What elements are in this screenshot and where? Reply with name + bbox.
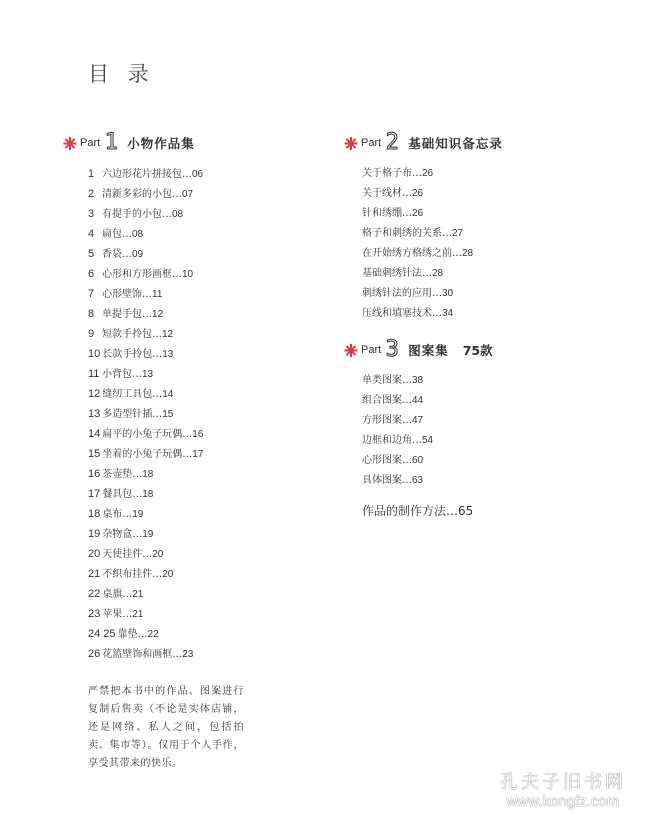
separator: … [402, 395, 412, 406]
toc-entry[interactable]: 6心形和方形画框…10 [88, 264, 203, 284]
entry-page: 15 [162, 409, 173, 420]
separator: … [142, 549, 152, 560]
entry-page: 21 [132, 609, 143, 620]
entry-title: 茶壶垫 [102, 469, 132, 480]
entry-title: 花篮壁饰和画框 [102, 649, 172, 660]
toc-entry[interactable]: 组合图案…44 [362, 391, 433, 411]
cross-stitch-icon [345, 138, 356, 149]
toc-entry[interactable]: 11小背包…13 [88, 364, 203, 384]
entry-title: 单提手包 [102, 309, 142, 320]
entry-title: 不织布挂件 [102, 569, 152, 580]
part-number: 1 [103, 132, 118, 154]
separator: … [122, 609, 132, 620]
entry-page: 30 [442, 288, 453, 299]
toc-entry[interactable]: 26花篮壁饰和画框…23 [88, 644, 203, 664]
toc-entry[interactable]: 23苹果…21 [88, 604, 203, 624]
entry-page: 20 [162, 569, 173, 580]
cross-stitch-icon [64, 138, 75, 149]
separator: … [122, 249, 132, 260]
entry-page: 21 [132, 589, 143, 600]
toc-entry[interactable]: 18桌布…19 [88, 504, 203, 524]
entry-title: 短款手拎包 [102, 329, 152, 340]
part-title: 小物作品集 [127, 134, 195, 152]
separator: … [122, 509, 132, 520]
separator: … [402, 188, 412, 199]
toc-entry[interactable]: 13多造型针插…15 [88, 404, 203, 424]
toc-entry[interactable]: 21不织布挂件…20 [88, 564, 203, 584]
entry-number: 21 [88, 564, 100, 584]
entry-number: 5 [88, 244, 100, 264]
part-1-list: 1六边形花片拼接包…062清新多彩的小包…073有提手的小包…084扁包…085… [88, 164, 203, 664]
separator: … [422, 268, 432, 279]
part-3-list: 单类图案…38组合图案…44方形图案…47边框和边角…54心形图案…60具体图案… [362, 371, 433, 491]
entry-number: 18 [88, 504, 100, 524]
entry-title: 六边形花片拼接包 [102, 169, 182, 180]
entry-page: 07 [182, 189, 193, 200]
entry-title: 组合图案 [362, 395, 402, 406]
toc-entry[interactable]: 边框和边角…54 [362, 431, 433, 451]
entry-page: 10 [182, 269, 193, 280]
entry-title: 苹果 [102, 609, 122, 620]
separator: … [132, 469, 142, 480]
separator: … [412, 168, 422, 179]
part-number: 2 [384, 132, 399, 154]
entry-title: 桌旗 [102, 589, 122, 600]
entry-title: 压线和填塞技术 [362, 308, 432, 319]
entry-title: 杂物盒 [102, 529, 132, 540]
separator: … [152, 569, 162, 580]
separator: … [132, 489, 142, 500]
toc-entry[interactable]: 3有提手的小包…08 [88, 204, 203, 224]
entry-title: 长款手拎包 [102, 349, 152, 360]
separator: … [182, 429, 192, 440]
entry-page: 17 [192, 449, 203, 460]
toc-entry[interactable]: 17餐具包…18 [88, 484, 203, 504]
separator: … [182, 169, 192, 180]
watermark-name: 孔夫子旧书网 [500, 768, 626, 794]
entry-title: 扁平的小兔子玩偶 [102, 429, 182, 440]
separator: … [122, 589, 132, 600]
separator: … [402, 208, 412, 219]
entry-number: 12 [88, 384, 100, 404]
entry-number: 3 [88, 204, 100, 224]
entry-number: 20 [88, 544, 100, 564]
toc-entry[interactable]: 针和绣绷…26 [362, 204, 473, 224]
entry-title: 心形图案 [362, 455, 402, 466]
separator: … [152, 349, 162, 360]
part-title: 基础知识备忘录 [408, 134, 503, 152]
entry-title: 针和绣绷 [362, 208, 402, 219]
entry-title: 缝纫工具包 [102, 389, 152, 400]
separator: … [402, 455, 412, 466]
entry-page: 28 [462, 248, 473, 259]
toc-entry[interactable]: 关于线材…26 [362, 184, 473, 204]
entry-title: 靠垫 [118, 629, 138, 640]
part-3-header: Part 3 图案集 75款 [345, 338, 493, 362]
toc-entry[interactable]: 5香袋…09 [88, 244, 203, 264]
methods-text: 作品的制作方法 [362, 504, 446, 518]
toc-entry[interactable]: 压线和填塞技术…34 [362, 304, 473, 324]
entry-title: 基础刺绣针法 [362, 268, 422, 279]
toc-entry[interactable]: 8单提手包…12 [88, 304, 203, 324]
entry-title: 小背包 [102, 369, 132, 380]
entry-title: 心形和方形画框 [102, 269, 172, 280]
entry-page: 18 [142, 469, 153, 480]
toc-entry[interactable]: 刺绣针法的应用…30 [362, 284, 473, 304]
entry-number: 10 [88, 344, 100, 364]
separator: … [142, 289, 152, 300]
part-title: 图案集 [408, 341, 449, 359]
entry-page: 38 [412, 375, 423, 386]
entry-number: 11 [88, 364, 100, 384]
entry-title: 多造型针插 [102, 409, 152, 420]
entry-page: 34 [442, 308, 453, 319]
entry-number: 23 [88, 604, 100, 624]
entry-page: 26 [412, 208, 423, 219]
methods-entry[interactable]: 作品的制作方法…65 [362, 502, 473, 519]
entry-page: 12 [162, 329, 173, 340]
entry-page: 23 [182, 649, 193, 660]
entry-page: 54 [422, 435, 433, 446]
toc-entry[interactable]: 格子和刺绣的关系…27 [362, 224, 473, 244]
entry-number: 26 [88, 644, 100, 664]
entry-title: 在开始绣方格绣之前 [362, 248, 452, 259]
toc-entry[interactable]: 15坐着的小兔子玩偶…17 [88, 444, 203, 464]
entry-title: 坐着的小兔子玩偶 [102, 449, 182, 460]
separator: … [452, 248, 462, 259]
entry-page: 18 [142, 489, 153, 500]
entry-number: 7 [88, 284, 100, 304]
cross-stitch-icon [345, 345, 356, 356]
toc-entry[interactable]: 在开始绣方格绣之前…28 [362, 244, 473, 264]
entry-number: 8 [88, 304, 100, 324]
entry-number: 2 [88, 184, 100, 204]
separator: … [122, 229, 132, 240]
entry-page: 19 [142, 529, 153, 540]
toc-entry[interactable]: 2清新多彩的小包…07 [88, 184, 203, 204]
toc-entry[interactable]: 10长款手拎包…13 [88, 344, 203, 364]
page-title: 目 录 [88, 58, 155, 88]
toc-entry[interactable]: 7心形壁饰…11 [88, 284, 203, 304]
watermark: 孔夫子旧书网 www.kongfz.com [500, 768, 626, 810]
entry-title: 心形壁饰 [102, 289, 142, 300]
entry-number: 6 [88, 264, 100, 284]
entry-page: 47 [412, 415, 423, 426]
separator: … [402, 375, 412, 386]
watermark-url: www.kongfz.com [500, 793, 626, 810]
entry-page: 28 [432, 268, 443, 279]
separator: … [432, 308, 442, 319]
pattern-count: 75款 [463, 341, 493, 359]
entry-page: 16 [192, 429, 203, 440]
separator: … [142, 309, 152, 320]
entry-title: 香袋 [102, 249, 122, 260]
methods-page: 65 [458, 504, 473, 518]
entry-title: 桌布 [102, 509, 122, 520]
entry-number: 24 25 [88, 624, 116, 644]
entry-page: 63 [412, 475, 423, 486]
part-label: Part [361, 344, 381, 356]
separator: … [152, 329, 162, 340]
entry-page: 14 [162, 389, 173, 400]
separator: … [172, 649, 182, 660]
entry-title: 具体图案 [362, 475, 402, 486]
entry-title: 扁包 [102, 229, 122, 240]
toc-entry[interactable]: 心形图案…60 [362, 451, 433, 471]
entry-page: 44 [412, 395, 423, 406]
entry-number: 15 [88, 444, 100, 464]
toc-entry[interactable]: 基础刺绣针法…28 [362, 264, 473, 284]
entry-page: 19 [132, 509, 143, 520]
toc-entry[interactable]: 19杂物盒…19 [88, 524, 203, 544]
entry-page: 11 [152, 289, 162, 300]
entry-title: 单类图案 [362, 375, 402, 386]
separator: … [138, 629, 148, 640]
separator: … [132, 369, 142, 380]
entry-number: 1 [88, 164, 100, 184]
entry-number: 14 [88, 424, 100, 444]
toc-entry[interactable]: 16茶壶垫…18 [88, 464, 203, 484]
toc-entry[interactable]: 具体图案…63 [362, 471, 433, 491]
entry-title: 方形图案 [362, 415, 402, 426]
entry-title: 边框和边角 [362, 435, 412, 446]
entry-page: 20 [152, 549, 163, 560]
separator: … [162, 209, 172, 220]
entry-page: 27 [452, 228, 463, 239]
entry-title: 关于格子布 [362, 168, 412, 179]
entry-page: 13 [162, 349, 173, 360]
separator: … [442, 228, 452, 239]
toc-entry[interactable]: 单类图案…38 [362, 371, 433, 391]
entry-page: 09 [132, 249, 143, 260]
entry-page: 26 [422, 168, 433, 179]
separator: … [402, 475, 412, 486]
entry-page: 12 [152, 309, 163, 320]
entry-number: 4 [88, 224, 100, 244]
entry-title: 天使挂件 [102, 549, 142, 560]
entry-title: 餐具包 [102, 489, 132, 500]
separator: … [402, 415, 412, 426]
entry-title: 刺绣针法的应用 [362, 288, 432, 299]
entry-number: 22 [88, 584, 100, 604]
part-2-header: Part 2 基础知识备忘录 [345, 131, 503, 155]
toc-entry[interactable]: 关于格子布…26 [362, 164, 473, 184]
entry-number: 17 [88, 484, 100, 504]
separator: … [182, 449, 192, 460]
part-1-header: Part 1 小物作品集 [64, 131, 195, 155]
separator: … [172, 189, 182, 200]
entry-title: 关于线材 [362, 188, 402, 199]
entry-title: 格子和刺绣的关系 [362, 228, 442, 239]
part-2-list: 关于格子布…26关于线材…26针和绣绷…26格子和刺绣的关系…27在开始绣方格绣… [362, 164, 473, 324]
copyright-notice: 严禁把本书中的作品、图案进行复制后售卖（不论是实体店铺，还是网络、私人之间，包括… [88, 683, 244, 773]
toc-entry[interactable]: 4扁包…08 [88, 224, 203, 244]
toc-entry[interactable]: 20天使挂件…20 [88, 544, 203, 564]
toc-entry[interactable]: 14扁平的小兔子玩偶…16 [88, 424, 203, 444]
entry-page: 26 [412, 188, 423, 199]
separator: … [446, 504, 458, 518]
entry-number: 13 [88, 404, 100, 424]
part-label: Part [361, 137, 381, 149]
toc-entry[interactable]: 方形图案…47 [362, 411, 433, 431]
entry-number: 9 [88, 324, 100, 344]
part-number: 3 [384, 339, 399, 361]
entry-title: 有提手的小包 [102, 209, 162, 220]
entry-page: 06 [192, 169, 203, 180]
entry-page: 08 [132, 229, 143, 240]
separator: … [432, 288, 442, 299]
entry-number: 19 [88, 524, 100, 544]
separator: … [412, 435, 422, 446]
toc-entry[interactable]: 24 25靠垫…22 [88, 624, 203, 644]
separator: … [152, 409, 162, 420]
entry-page: 08 [172, 209, 183, 220]
entry-title: 清新多彩的小包 [102, 189, 172, 200]
toc-entry[interactable]: 9短款手拎包…12 [88, 324, 203, 344]
entry-page: 60 [412, 455, 423, 466]
toc-entry[interactable]: 22桌旗…21 [88, 584, 203, 604]
part-label: Part [80, 137, 100, 149]
entry-page: 22 [148, 629, 159, 640]
entry-page: 13 [142, 369, 153, 380]
separator: … [132, 529, 142, 540]
separator: … [172, 269, 182, 280]
separator: … [152, 389, 162, 400]
toc-entry[interactable]: 1六边形花片拼接包…06 [88, 164, 203, 184]
entry-number: 16 [88, 464, 100, 484]
toc-entry[interactable]: 12缝纫工具包…14 [88, 384, 203, 404]
